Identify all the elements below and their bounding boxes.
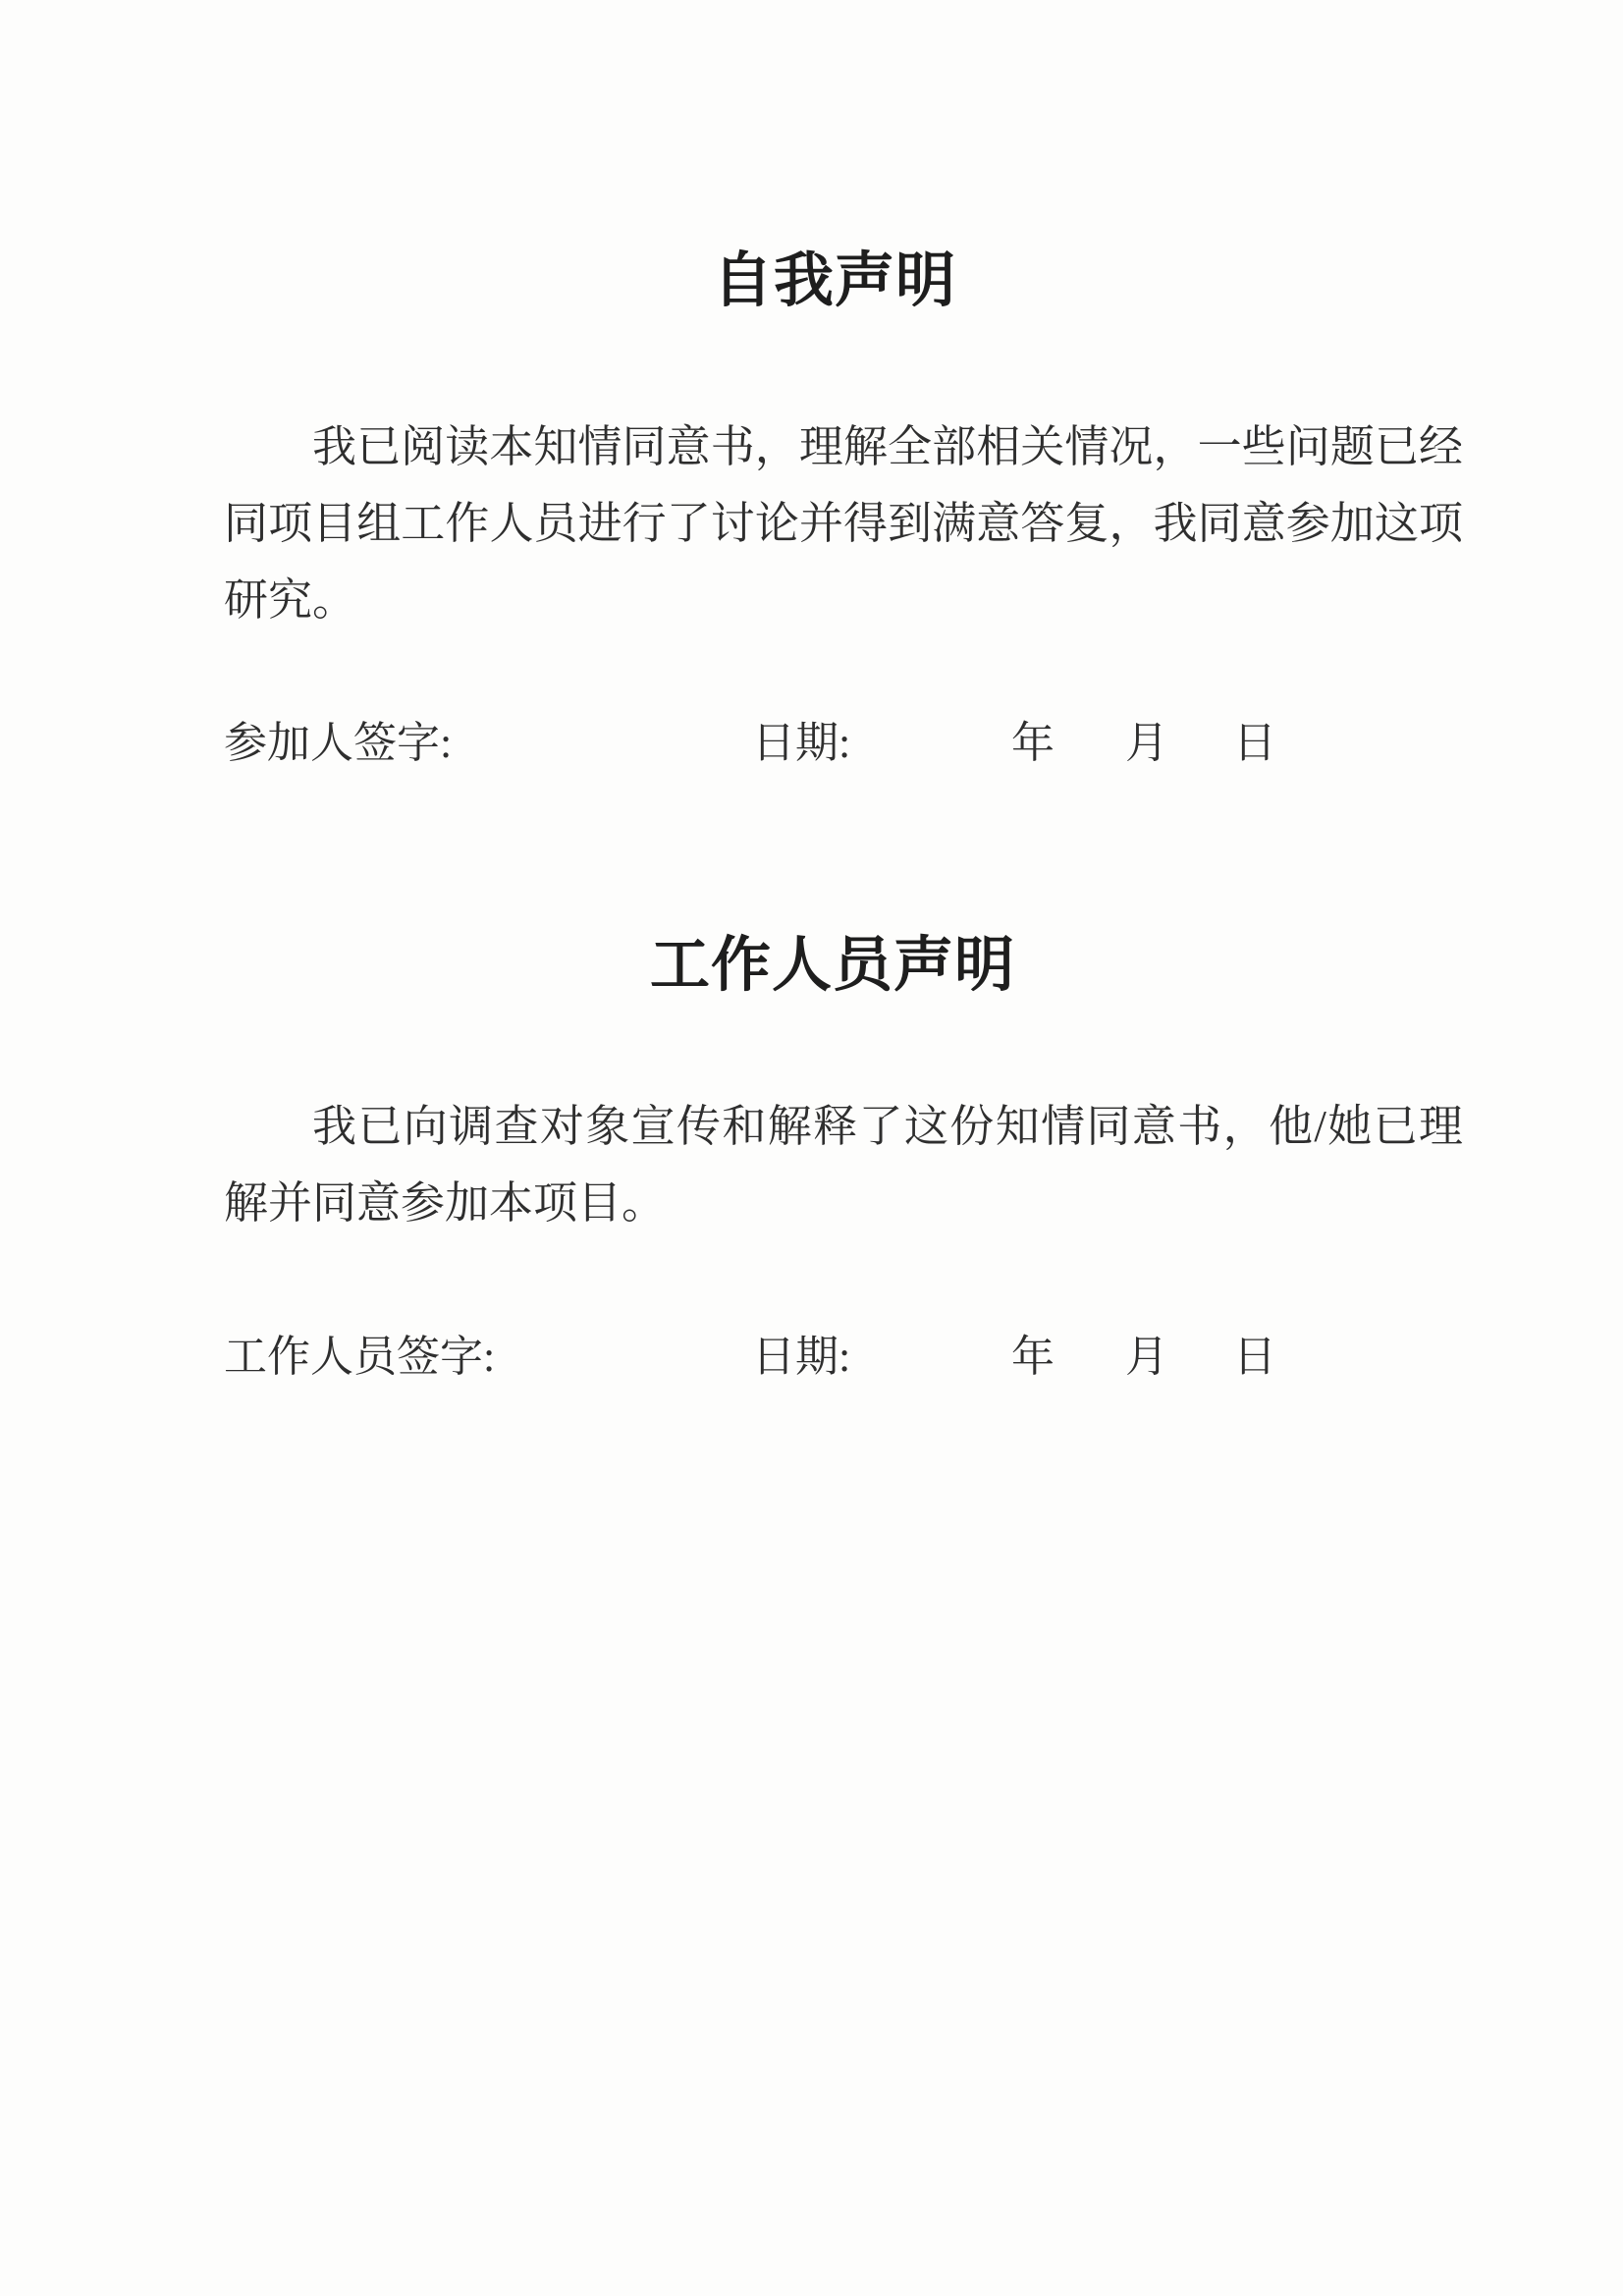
consent-form-page: 自我声明 我已阅读本知情同意书，理解全部相关情况，一些问题已经同项目组工作人员进… (0, 0, 1623, 2296)
staff-day-label: 日 (1233, 1334, 1276, 1381)
participant-month-label: 月 (1125, 720, 1168, 767)
self-declaration-title: 自我声明 (713, 251, 956, 311)
staff-year-label: 年 (1011, 1334, 1055, 1381)
staff-month-label: 月 (1125, 1334, 1168, 1381)
participant-day-label: 日 (1233, 720, 1276, 767)
staff-signature-label: 工作人员签字: (224, 1334, 495, 1381)
participant-signature-row: 参加人签字: 日期: 年 月 日 (0, 720, 1623, 779)
staff-date-label: 日期: (752, 1334, 850, 1381)
staff-declaration-title: 工作人员声明 (650, 936, 1015, 996)
staff-declaration-body: 我已向调查对象宣传和解释了这份知情同意书，他/她已理解并同意参加本项目。 (224, 1088, 1463, 1241)
participant-signature-label: 参加人签字: (224, 720, 452, 767)
participant-date-label: 日期: (752, 720, 850, 767)
self-declaration-body: 我已阅读本知情同意书，理解全部相关情况，一些问题已经同项目组工作人员进行了讨论并… (224, 409, 1463, 638)
staff-signature-row: 工作人员签字: 日期: 年 月 日 (0, 1334, 1623, 1393)
participant-year-label: 年 (1011, 720, 1055, 767)
